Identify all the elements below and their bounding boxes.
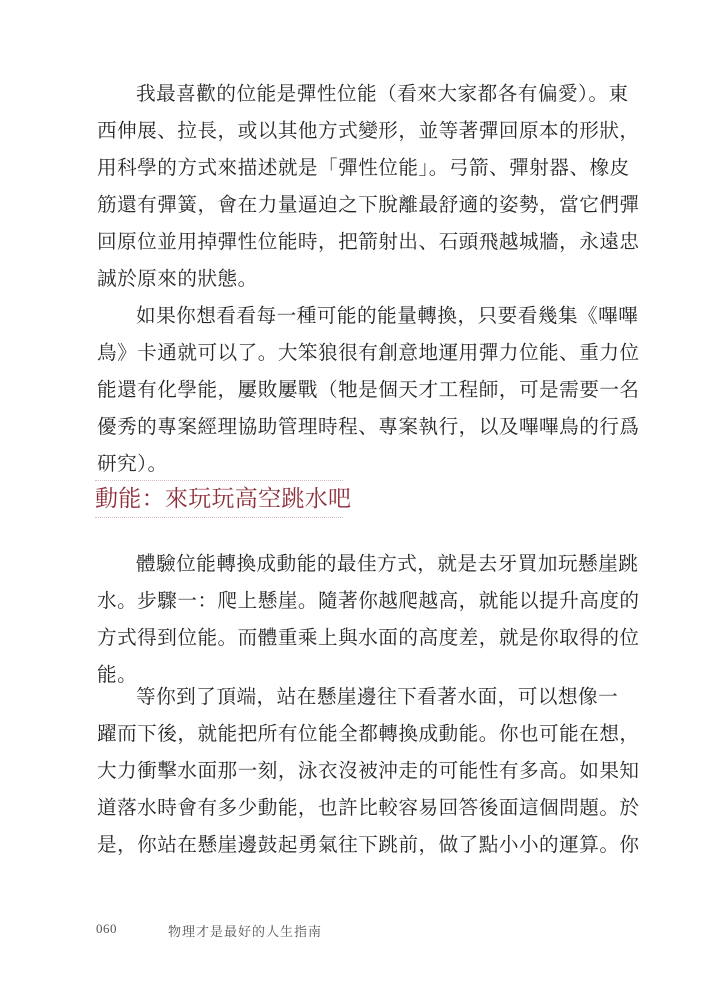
text-line: 方式得到位能。而體重乘上與水面的高度差，就是你取得的位	[97, 620, 613, 656]
running-footer-title: 物理才是最好的人生指南	[168, 921, 322, 940]
text-line: 如果你想看看每一種可能的能量轉換，只要看幾集《嗶嗶	[136, 298, 613, 334]
text-line: 我最喜歡的位能是彈性位能（看來大家都各有偏愛）。東	[136, 76, 613, 112]
text-line: 優秀的專案經理協助管理時程、專案執行，以及嗶嗶鳥的行爲	[97, 409, 613, 445]
text-line: 能還有化學能，屢敗屢戰（牠是個天才工程師，可是需要一名	[97, 372, 613, 408]
text-line: 回原位並用掉彈性位能時，把箭射出、石頭飛越城牆，永遠忠	[97, 224, 613, 260]
page-number: 060	[96, 921, 117, 937]
text-line: 筋還有彈簧，會在力量逼迫之下脫離最舒適的姿勢，當它們彈	[97, 187, 613, 223]
text-line: 西伸展、拉長，或以其他方式變形，並等著彈回原本的形狀，	[97, 113, 613, 149]
text-line: 躍而下後，就能把所有位能全都轉換成動能。你也可能在想，	[97, 716, 613, 752]
section-heading-text: 動能：來玩玩高空跳水吧	[95, 483, 351, 515]
text-line: 體驗位能轉換成動能的最佳方式，就是去牙買加玩懸崖跳	[136, 546, 613, 582]
text-line: 是，你站在懸崖邊鼓起勇氣往下跳前，做了點小小的運算。你	[97, 827, 613, 863]
text-line: 鳥》卡通就可以了。大笨狼很有創意地運用彈力位能、重力位	[97, 335, 613, 371]
text-line: 用科學的方式來描述就是「彈性位能」。弓箭、彈射器、橡皮	[97, 150, 613, 186]
text-line: 大力衝擊水面那一刻，泳衣沒被沖走的可能性有多高。如果知	[97, 753, 613, 789]
text-line: 道落水時會有多少動能，也許比較容易回答後面這個問題。於	[97, 790, 613, 826]
text-line: 能。	[97, 657, 137, 693]
text-line: 研究）。	[97, 446, 168, 482]
book-page: 我最喜歡的位能是彈性位能（看來大家都各有偏愛）。東 西伸展、拉長，或以其他方式變…	[0, 0, 711, 1000]
text-line: 水。步驟一：爬上懸崖。隨著你越爬越高，就能以提升高度的	[97, 583, 613, 619]
text-line: 等你到了頂端，站在懸崖邊往下看著水面，可以想像一	[136, 679, 613, 715]
text-line: 誠於原來的狀態。	[97, 261, 258, 297]
section-heading: 動能：來玩玩高空跳水吧	[95, 480, 343, 518]
